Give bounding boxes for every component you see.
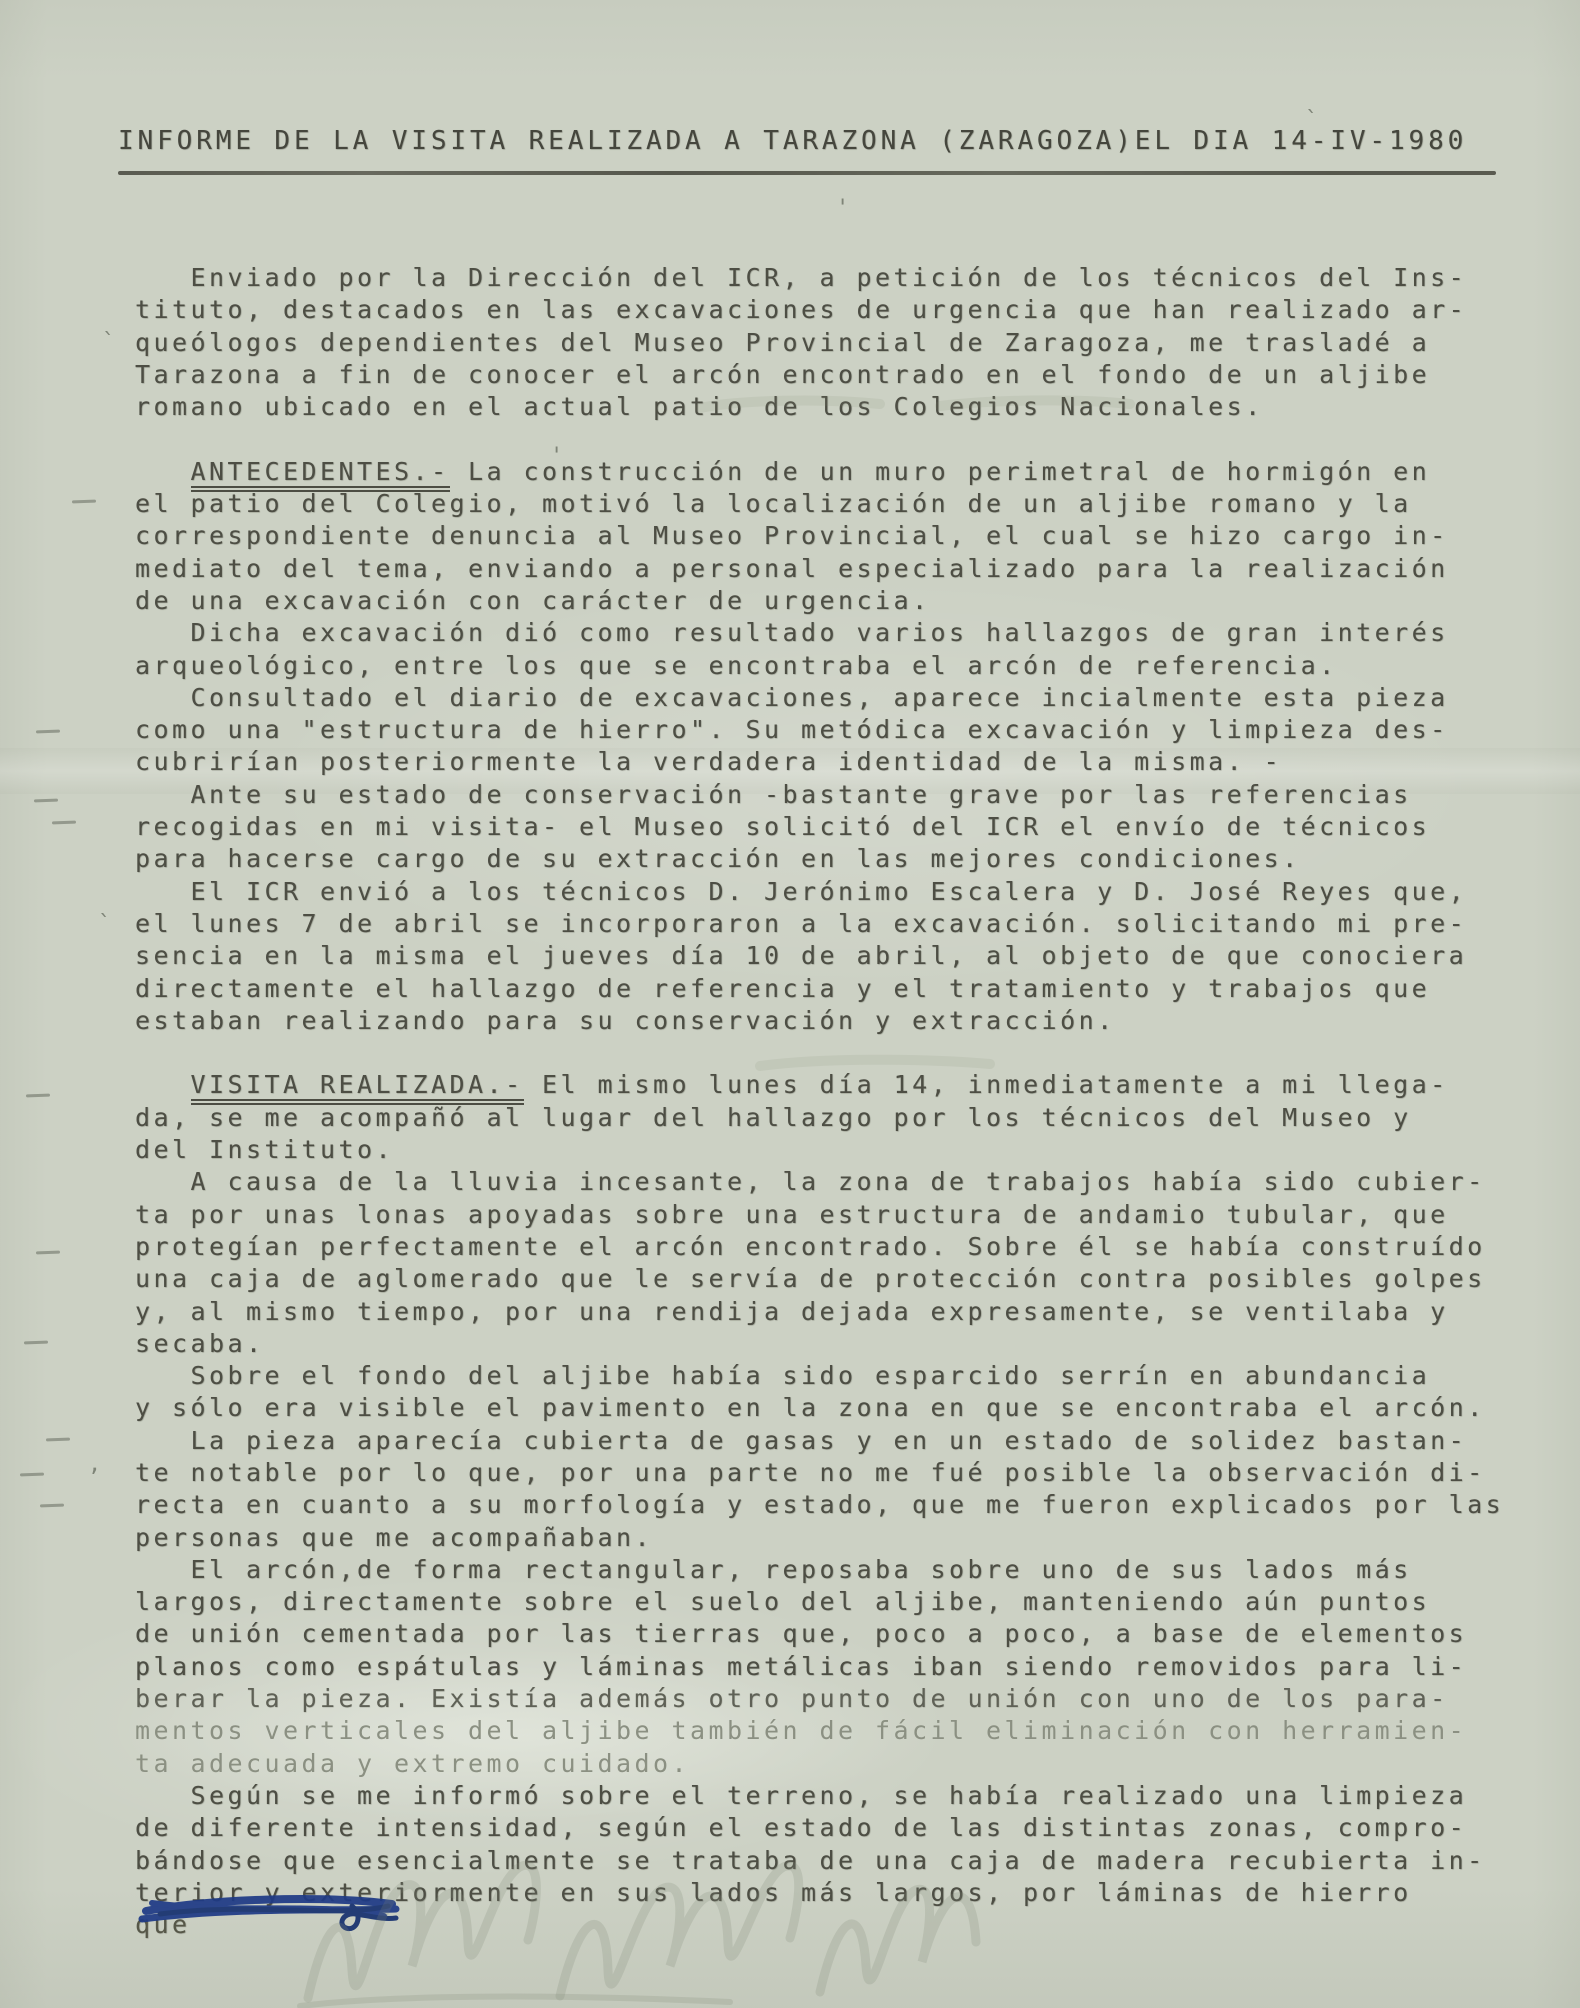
line-text: Dicha excavación dió como resultado vari…	[135, 618, 1449, 647]
document-line: mediato del tema, enviando a personal es…	[135, 553, 1504, 585]
line-text: La pieza aparecía cubierta de gasas y en…	[135, 1426, 1467, 1455]
document-line: sencia en la misma el jueves día 10 de a…	[135, 940, 1504, 972]
line-text: correspondiente denuncia al Museo Provin…	[135, 521, 1449, 550]
line-text: Ante su estado de conservación -bastante…	[135, 780, 1412, 809]
document-line: del Instituto.	[135, 1134, 1504, 1166]
pencil-dash-mark	[26, 1094, 50, 1098]
document-line: estaban realizando para su conservación …	[135, 1005, 1504, 1037]
document-line: ta por unas lonas apoyadas sobre una est…	[135, 1199, 1504, 1231]
line-text: secaba.	[135, 1329, 265, 1358]
document-line: romano ubicado en el actual patio de los…	[135, 391, 1504, 423]
stray-typed-mark: `	[102, 330, 115, 355]
line-text: de una excavación con carácter de urgenc…	[135, 586, 931, 615]
document-line	[135, 1037, 1504, 1069]
document-line: VISITA REALIZADA.- El mismo lunes día 14…	[135, 1069, 1504, 1101]
document-line: mentos verticales del aljibe también de …	[135, 1715, 1504, 1747]
document-line: protegían perfectamente el arcón encontr…	[135, 1231, 1504, 1263]
document-line: Enviado por la Dirección del ICR, a peti…	[135, 262, 1504, 294]
line-text: te notable por lo que, por una parte no …	[135, 1458, 1486, 1487]
document-line: recogidas en mi visita- el Museo solicit…	[135, 811, 1504, 843]
document-line: planos como espátulas y láminas metálica…	[135, 1651, 1504, 1683]
line-text: el patio del Colegio, motivó la localiza…	[135, 489, 1412, 518]
document-line: terior y exteriormente en sus lados más …	[135, 1877, 1504, 1909]
line-text: terior y exteriormente en sus lados más …	[135, 1878, 1412, 1907]
document-title: INFORME DE LA VISITA REALIZADA A TARAZON…	[118, 126, 1467, 156]
document-line: y sólo era visible el pavimento en la zo…	[135, 1392, 1504, 1424]
line-text: La construcción de un muro perimetral de…	[450, 457, 1431, 486]
line-text: Sobre el fondo del aljibe había sido esp…	[135, 1361, 1430, 1390]
pencil-dash-mark	[20, 1473, 44, 1477]
line-text: recta en cuanto a su morfología y estado…	[135, 1490, 1504, 1519]
line-text: sencia en la misma el jueves día 10 de a…	[135, 941, 1467, 970]
line-text: ta adecuada y extremo cuidado.	[135, 1749, 690, 1778]
line-text: para hacerse cargo de su extracción en l…	[135, 844, 1301, 873]
document-line: secaba.	[135, 1328, 1504, 1360]
line-text: largos, directamente sobre el suelo del …	[135, 1587, 1430, 1616]
document-page: INFORME DE LA VISITA REALIZADA A TARAZON…	[0, 0, 1580, 2008]
line-text: Enviado por la Dirección del ICR, a peti…	[135, 263, 1467, 292]
document-line: da, se me acompañó al lugar del hallazgo…	[135, 1102, 1504, 1134]
line-text: bándose que esencialmente se trataba de …	[135, 1846, 1486, 1875]
line-text: cubrirían posteriormente la verdadera id…	[135, 747, 1282, 776]
document-line: La pieza aparecía cubierta de gasas y en…	[135, 1425, 1504, 1457]
document-line: como una "estructura de hierro". Su metó…	[135, 714, 1504, 746]
document-line: te notable por lo que, por una parte no …	[135, 1457, 1504, 1489]
line-text: tituto, destacados en las excavaciones d…	[135, 295, 1467, 324]
document-line: arqueológico, entre los que se encontrab…	[135, 650, 1504, 682]
line-text: da, se me acompañó al lugar del hallazgo…	[135, 1103, 1412, 1132]
document-line: tituto, destacados en las excavaciones d…	[135, 294, 1504, 326]
line-text: El ICR envió a los técnicos D. Jerónimo …	[135, 877, 1467, 906]
line-text: mentos verticales del aljibe también de …	[135, 1716, 1467, 1745]
document-line: de una excavación con carácter de urgenc…	[135, 585, 1504, 617]
line-text: una caja de aglomerado que le servía de …	[135, 1264, 1486, 1293]
line-text: El mismo lunes día 14, inmediatamente a …	[524, 1070, 1449, 1099]
document-line: cubrirían posteriormente la verdadera id…	[135, 746, 1504, 778]
line-text: de unión cementada por las tierras que, …	[135, 1619, 1467, 1648]
line-text: Consultado el diario de excavaciones, ap…	[135, 683, 1449, 712]
document-line: Consultado el diario de excavaciones, ap…	[135, 682, 1504, 714]
line-text: A causa de la lluvia incesante, la zona …	[135, 1167, 1486, 1196]
document-line: Según se me informó sobre el terreno, se…	[135, 1780, 1504, 1812]
document-line: el patio del Colegio, motivó la localiza…	[135, 488, 1504, 520]
document-line: correspondiente denuncia al Museo Provin…	[135, 520, 1504, 552]
line-text: mediato del tema, enviando a personal es…	[135, 554, 1449, 583]
pencil-dash-mark	[46, 1438, 70, 1442]
stray-typed-mark: '	[550, 444, 563, 469]
pencil-dash-mark	[34, 799, 58, 803]
document-line: el lunes 7 de abril se incorporaron a la…	[135, 908, 1504, 940]
stray-typed-mark: ,	[88, 1452, 101, 1477]
title-underline	[118, 171, 1496, 175]
pencil-dash-mark	[52, 821, 76, 825]
document-line: El arcón,de forma rectangular, reposaba …	[135, 1554, 1504, 1586]
line-text: personas que me acompañaban.	[135, 1523, 653, 1552]
document-line: queólogos dependientes del Museo Provinc…	[135, 327, 1504, 359]
document-line: largos, directamente sobre el suelo del …	[135, 1586, 1504, 1618]
document-line: y, al mismo tiempo, por una rendija deja…	[135, 1296, 1504, 1328]
document-line: Sobre el fondo del aljibe había sido esp…	[135, 1360, 1504, 1392]
line-text: romano ubicado en el actual patio de los…	[135, 392, 1264, 421]
document-line: bándose que esencialmente se trataba de …	[135, 1845, 1504, 1877]
document-line: de unión cementada por las tierras que, …	[135, 1618, 1504, 1650]
line-text: y sólo era visible el pavimento en la zo…	[135, 1393, 1486, 1422]
stray-typed-mark: `	[1305, 108, 1318, 133]
pencil-dash-mark	[72, 500, 96, 504]
section-heading: VISITA REALIZADA.-	[191, 1070, 524, 1105]
line-text: planos como espátulas y láminas metálica…	[135, 1652, 1467, 1681]
line-text: berar la pieza. Existía además otro punt…	[135, 1684, 1449, 1713]
document-line: ta adecuada y extremo cuidado.	[135, 1748, 1504, 1780]
line-text: y, al mismo tiempo, por una rendija deja…	[135, 1297, 1449, 1326]
document-line: recta en cuanto a su morfología y estado…	[135, 1489, 1504, 1521]
stray-typed-mark: `	[98, 912, 111, 937]
line-text: como una "estructura de hierro". Su metó…	[135, 715, 1449, 744]
line-text: estaban realizando para su conservación …	[135, 1006, 1116, 1035]
document-line: una caja de aglomerado que le servía de …	[135, 1263, 1504, 1295]
line-text: arqueológico, entre los que se encontrab…	[135, 651, 1338, 680]
line-text: ta por unas lonas apoyadas sobre una est…	[135, 1200, 1449, 1229]
line-text: directamente el hallazgo de referencia y…	[135, 974, 1430, 1003]
line-text: el lunes 7 de abril se incorporaron a la…	[135, 909, 1467, 938]
line-text: de diferente intensidad, según el estado…	[135, 1813, 1467, 1842]
document-line: para hacerse cargo de su extracción en l…	[135, 843, 1504, 875]
pencil-dash-mark	[36, 730, 60, 734]
document-line: personas que me acompañaban.	[135, 1522, 1504, 1554]
document-line: ANTECEDENTES.- La construcción de un mur…	[135, 456, 1504, 488]
document-line: Ante su estado de conservación -bastante…	[135, 779, 1504, 811]
line-text	[135, 457, 191, 486]
line-text: Según se me informó sobre el terreno, se…	[135, 1781, 1467, 1810]
document-line: berar la pieza. Existía además otro punt…	[135, 1683, 1504, 1715]
line-text: recogidas en mi visita- el Museo solicit…	[135, 812, 1430, 841]
document-line: A causa de la lluvia incesante, la zona …	[135, 1166, 1504, 1198]
line-text	[135, 1070, 191, 1099]
document-line: El ICR envió a los técnicos D. Jerónimo …	[135, 876, 1504, 908]
line-text: del Instituto.	[135, 1135, 394, 1164]
crossed-out-word: que	[135, 1909, 1504, 1941]
document-line: Tarazona a fin de conocer el arcón encon…	[135, 359, 1504, 391]
section-heading: ANTECEDENTES.-	[191, 457, 450, 492]
line-text: protegían perfectamente el arcón encontr…	[135, 1232, 1486, 1261]
line-text: El arcón,de forma rectangular, reposaba …	[135, 1555, 1412, 1584]
pencil-dash-mark	[24, 1341, 48, 1345]
document-line: de diferente intensidad, según el estado…	[135, 1812, 1504, 1844]
pencil-dash-mark	[40, 1504, 64, 1508]
line-text: Tarazona a fin de conocer el arcón encon…	[135, 360, 1430, 389]
stray-typed-mark: '	[836, 196, 849, 221]
pencil-dash-mark	[36, 1251, 60, 1255]
document-line	[135, 423, 1504, 455]
document-line: Dicha excavación dió como resultado vari…	[135, 617, 1504, 649]
document-line: directamente el hallazgo de referencia y…	[135, 973, 1504, 1005]
line-text: queólogos dependientes del Museo Provinc…	[135, 328, 1430, 357]
document-body: Enviado por la Dirección del ICR, a peti…	[135, 262, 1504, 1941]
